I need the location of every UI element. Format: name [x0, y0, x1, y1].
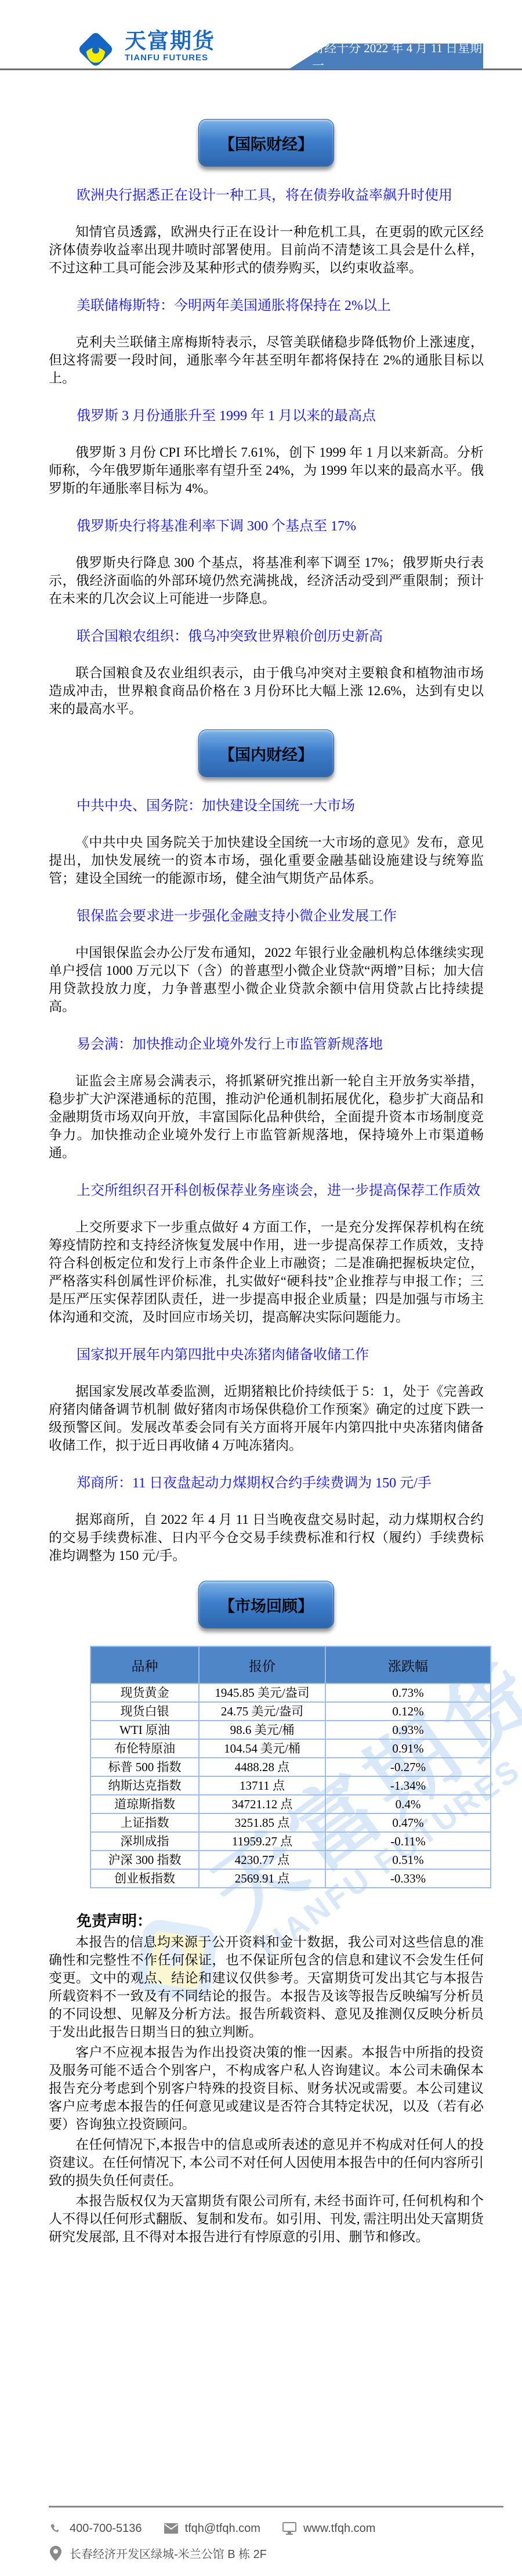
instrument-name: 纳斯达克指数: [90, 1776, 199, 1795]
date-banner-text: 财经十分 2022 年 4 月 11 日星期一: [312, 39, 483, 74]
instrument-price: 2569.91 点: [199, 1869, 325, 1888]
instrument-name: 道琼斯指数: [90, 1795, 199, 1813]
table-row: 深圳成指 11959.27 点 -0.11%: [90, 1832, 491, 1851]
footer-address: 长春经济开发区绿城-米兰公馆 B 栋 2F: [49, 2545, 267, 2561]
instrument-price: 98.6 美元/桶: [199, 1721, 325, 1739]
instrument-change: 0.73%: [325, 1683, 491, 1702]
date-banner: 财经十分 2022 年 4 月 11 日星期一: [289, 44, 483, 69]
table-row: WTI 原油 98.6 美元/桶 0.93%: [90, 1721, 491, 1739]
instrument-price: 104.54 美元/桶: [199, 1739, 325, 1758]
disclaimer-title: 免责声明：: [49, 1909, 484, 1931]
phone-icon: [49, 2521, 63, 2535]
instrument-change: 0.12%: [325, 1702, 491, 1721]
news-heading: 联合国粮农组织：俄乌冲突致世界粮价创历史新高: [49, 627, 484, 646]
instrument-change: 0.47%: [325, 1813, 491, 1832]
instrument-price: 4230.77 点: [199, 1851, 325, 1869]
instrument-change: -1.34%: [325, 1776, 491, 1795]
envelope-icon: [164, 2521, 178, 2535]
instrument-price: 4488.28 点: [199, 1758, 325, 1776]
news-paragraph: 俄罗斯央行降息 300 个基点，将基准利率下调至 17%；俄罗斯央行表示，俄经济…: [49, 554, 484, 608]
news-paragraph: 《中共中央 国务院关于加快建设全国统一大市场的意见》发布，意见提出，加快发展统一…: [49, 833, 484, 887]
tianfu-diamond-icon: [76, 30, 115, 69]
instrument-name: 布伦特原油: [90, 1739, 199, 1758]
news-heading: 俄罗斯央行将基准利率下调 300 个基点至 17%: [49, 517, 484, 536]
news-heading: 银保监会要求进一步强化金融支持小微企业发展工作: [49, 907, 484, 926]
instrument-price: 3251.85 点: [199, 1813, 325, 1832]
news-heading: 美联储梅斯特：今明两年美国通胀将保持在 2%以上: [49, 297, 484, 316]
page-header: 天富期货 TIANFU FUTURES 财经十分 2022 年 4 月 11 日…: [0, 0, 522, 70]
instrument-change: -0.11%: [325, 1832, 491, 1851]
brand-name-cn: 天富期货: [125, 30, 215, 53]
instrument-price: 13711 点: [199, 1776, 325, 1795]
table-row: 标普 500 指数 4488.28 点 -0.27%: [90, 1758, 491, 1776]
footer-address-text: 长春经济开发区绿城-米兰公馆 B 栋 2F: [70, 2545, 267, 2561]
news-heading: 上交所组织召开科创板保荐业务座谈会，进一步提高保荐工作质效: [49, 1182, 484, 1201]
section-button-domestic: 【国内财经】: [198, 729, 334, 777]
instrument-price: 11959.27 点: [199, 1832, 325, 1851]
instrument-change: 0.91%: [325, 1739, 491, 1758]
disclaimer-paragraph: 本报告的信息均来源于公开资料和金十数据，我公司对这些信息的准确性和完整性不作任何…: [49, 1933, 484, 2041]
news-heading: 国家拟开展年内第四批中央冻猪肉储备收储工作: [49, 1346, 484, 1365]
market-review-table: 品种 报价 涨跌幅 现货黄金 1945.85 美元/盎司 0.73% 现货白银 …: [90, 1646, 491, 1888]
news-paragraph: 俄罗斯 3 月份 CPI 环比增长 7.61%，创下 1999 年 1 月以来新…: [49, 443, 484, 497]
page-footer: 400-700-5136 tfqh@tfqh.com www.tfqh.com: [49, 2506, 503, 2571]
instrument-name: 创业板指数: [90, 1869, 199, 1888]
news-paragraph: 据郑商所，自 2022 年 4 月 11 日当晚夜盘交易时起，动力煤期权合约的交…: [49, 1511, 484, 1565]
section-button-market-review-label: 【市场回顾】: [219, 1594, 313, 1616]
location-pin-icon: [49, 2546, 63, 2560]
table-row: 现货白银 24.75 美元/盎司 0.12%: [90, 1702, 491, 1721]
disclaimer-paragraph: 本报告版权仅为天富期货有限公司所有, 未经书面许可, 任何机构和个人不得以任何形…: [49, 2192, 484, 2246]
news-heading: 郑商所：11 日夜盘起动力煤期权合约手续费调为 150 元/手: [49, 1474, 484, 1493]
table-row: 创业板指数 2569.91 点 -0.33%: [90, 1869, 491, 1888]
news-paragraph: 联合国粮食及农业组织表示，由于俄乌冲突对主要粮食和植物油市场造成冲击，世界粮食商…: [49, 664, 484, 718]
instrument-change: 0.51%: [325, 1851, 491, 1869]
news-heading: 易会满：加快推动企业境外发行上市监管新规落地: [49, 1035, 484, 1054]
news-paragraph: 克利夫兰联储主席梅斯特表示，尽管美联储稳步降低物价上涨速度，但这将需要一段时间，…: [49, 333, 484, 387]
footer-website-text: www.tfqh.com: [303, 2522, 375, 2535]
instrument-name: 现货黄金: [90, 1683, 199, 1702]
table-row: 道琼斯指数 34721.12 点 0.4%: [90, 1795, 491, 1813]
news-heading: 中共中央、国务院：加快建设全国统一大市场: [49, 797, 484, 816]
brand-name-en: TIANFU FUTURES: [125, 53, 215, 63]
instrument-price: 34721.12 点: [199, 1795, 325, 1813]
instrument-change: 0.93%: [325, 1721, 491, 1739]
table-row: 布伦特原油 104.54 美元/桶 0.91%: [90, 1739, 491, 1758]
news-paragraph: 知情官员透露，欧洲央行正在设计一种危机工具，在更弱的欧元区经济体债券收益率出现井…: [49, 223, 484, 277]
table-row: 现货黄金 1945.85 美元/盎司 0.73%: [90, 1683, 491, 1702]
section-button-market-review: 【市场回顾】: [198, 1581, 334, 1628]
footer-phone-text: 400-700-5136: [70, 2522, 142, 2535]
instrument-name: 沪深 300 指数: [90, 1851, 199, 1869]
instrument-name: WTI 原油: [90, 1721, 199, 1739]
news-heading: 欧洲央行据悉正在设计一种工具，将在债券收益率飙升时使用: [49, 186, 484, 205]
instrument-name: 上证指数: [90, 1813, 199, 1832]
news-paragraph: 证监会主席易会满表示，将抓紧研究推出新一轮自主开放务实举措，稳步扩大沪深港通标的…: [49, 1072, 484, 1162]
table-row: 上证指数 3251.85 点 0.47%: [90, 1813, 491, 1832]
section-button-domestic-label: 【国内财经】: [219, 742, 313, 765]
column-header-name: 品种: [90, 1646, 199, 1683]
company-logo: 天富期货 TIANFU FUTURES: [76, 30, 215, 69]
news-paragraph: 上交所要求下一步重点做好 4 方面工作，一是充分发挥保荐机构在统筹疫情防控和支持…: [49, 1218, 484, 1326]
section-button-international-label: 【国际财经】: [219, 132, 313, 154]
table-row: 沪深 300 指数 4230.77 点 0.51%: [90, 1851, 491, 1869]
section-button-international: 【国际财经】: [198, 119, 334, 167]
newsletter-content: 【国际财经】 欧洲央行据悉正在设计一种工具，将在债券收益率飙升时使用 知情官员透…: [49, 119, 484, 2246]
news-paragraph: 据国家发展改革委监测，近期猪粮比价持续低于 5：1，处于《完善政府猪肉储备调节机…: [49, 1382, 484, 1454]
column-header-change: 涨跌幅: [325, 1646, 491, 1683]
footer-email-text: tfqh@tfqh.com: [185, 2522, 260, 2535]
table-header-row: 品种 报价 涨跌幅: [90, 1646, 491, 1683]
news-heading: 俄罗斯 3 月份通胀升至 1999 年 1 月以来的最高点: [49, 407, 484, 426]
instrument-price: 24.75 美元/盎司: [199, 1702, 325, 1721]
instrument-name: 深圳成指: [90, 1832, 199, 1851]
disclaimer-paragraph: 在任何情况下,本报告中的信息或所表述的意见并不构成对任何人的投资建议。在任何情况…: [49, 2136, 484, 2190]
table-row: 纳斯达克指数 13711 点 -1.34%: [90, 1776, 491, 1795]
monitor-icon: [282, 2521, 296, 2535]
footer-divider: [49, 2506, 503, 2508]
instrument-change: -0.33%: [325, 1869, 491, 1888]
instrument-name: 标普 500 指数: [90, 1758, 199, 1776]
instrument-name: 现货白银: [90, 1702, 199, 1721]
footer-website: www.tfqh.com: [282, 2521, 375, 2535]
instrument-change: 0.4%: [325, 1795, 491, 1813]
instrument-price: 1945.85 美元/盎司: [199, 1683, 325, 1702]
newsletter-page: 天富期货 TIANFU FUTURES 天富期货 TIANFU FUTURES …: [0, 0, 522, 2576]
instrument-change: -0.27%: [325, 1758, 491, 1776]
footer-email: tfqh@tfqh.com: [164, 2521, 260, 2535]
disclaimer-paragraph: 客户不应视本报告为作出投资决策的惟一因素。本报告中所指的投资及服务可能不适合个别…: [49, 2043, 484, 2133]
news-paragraph: 中国银保监会办公厅发布通知，2022 年银行业金融机构总体继续实现单户授信 10…: [49, 944, 484, 1016]
footer-phone: 400-700-5136: [49, 2521, 142, 2535]
column-header-price: 报价: [199, 1646, 325, 1683]
